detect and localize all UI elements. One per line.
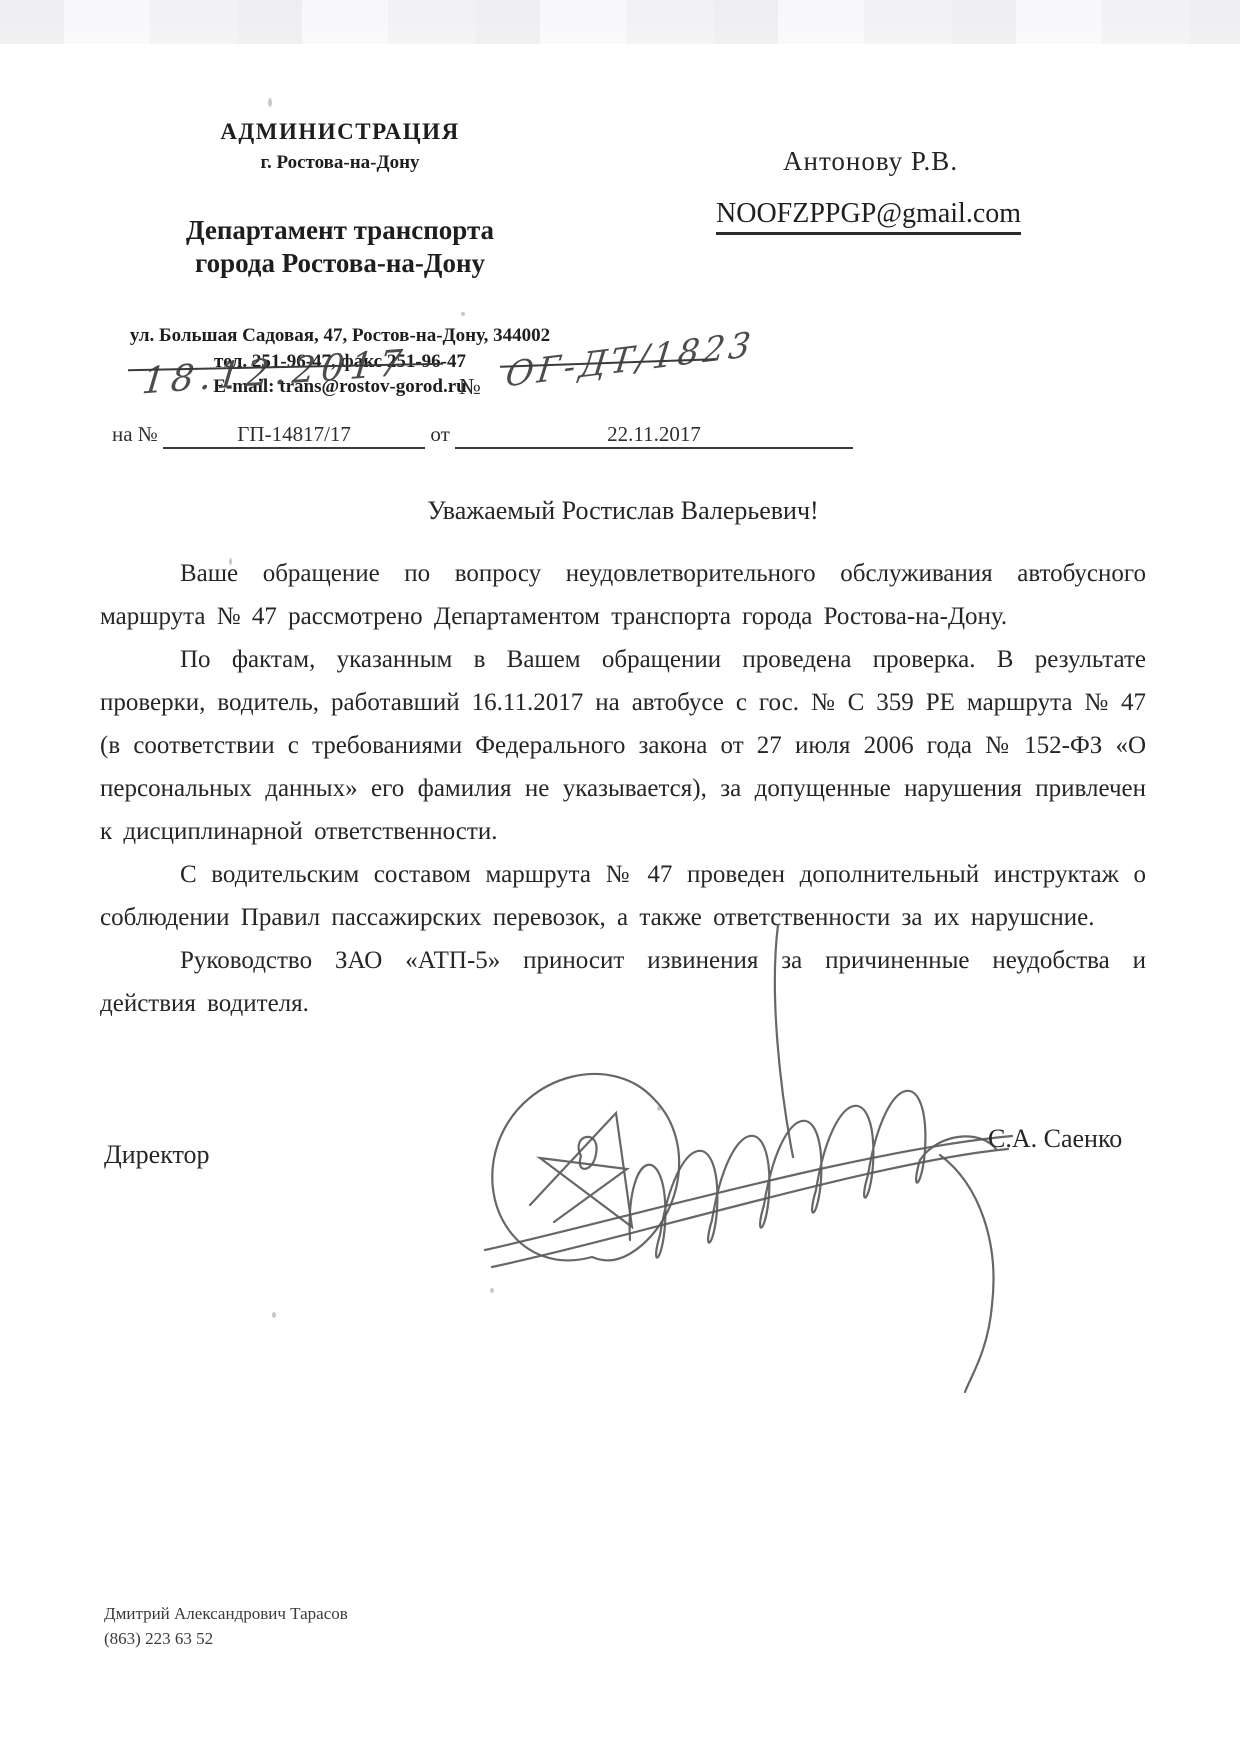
body-paragraph: Ваше обращение по вопросу неудовлетворит…: [100, 552, 1146, 638]
incoming-number: ГП-14817/17: [163, 422, 425, 449]
outgoing-number-symbol: №: [459, 374, 481, 400]
recipient-name: Антонову Р.В.: [783, 146, 958, 177]
salutation: Уважаемый Ростислав Валерьевич!: [100, 496, 1146, 526]
handwritten-signature: [380, 905, 1020, 1405]
reference-prefix: на №: [112, 422, 158, 446]
scan-speck: [268, 98, 272, 107]
executor-contact: Дмитрий Александрович Тарасов (863) 223 …: [104, 1602, 348, 1651]
dept-name-line1: Департамент транспорта: [112, 214, 568, 248]
scan-noise-band: [0, 0, 1240, 44]
body-paragraph: По фактам, указанным в Вашем обращении п…: [100, 638, 1146, 853]
incoming-date: 22.11.2017: [455, 422, 853, 449]
scan-speck: [272, 1312, 276, 1318]
org-name-line2: г. Ростова-на-Дону: [112, 152, 568, 174]
signer-position-title: Директор: [104, 1140, 210, 1170]
reference-from-label: от: [430, 422, 449, 446]
letter-page: АДМИНИСТРАЦИЯ г. Ростова-на-Дону Департа…: [0, 0, 1240, 1753]
signer-name: С.А. Саенко: [988, 1124, 1122, 1154]
dept-name-line2: города Ростова-на-Дону: [112, 247, 568, 281]
executor-name: Дмитрий Александрович Тарасов: [104, 1602, 348, 1627]
org-name-line1: АДМИНИСТРАЦИЯ: [112, 118, 568, 146]
org-address: ул. Большая Садовая, 47, Ростов-на-Дону,…: [112, 323, 568, 349]
executor-phone: (863) 223 63 52: [104, 1627, 348, 1652]
recipient-email: NOOFZPPGP@gmail.com: [716, 198, 1021, 235]
incoming-reference-row: на № ГП-14817/17 от 22.11.2017: [112, 422, 853, 449]
